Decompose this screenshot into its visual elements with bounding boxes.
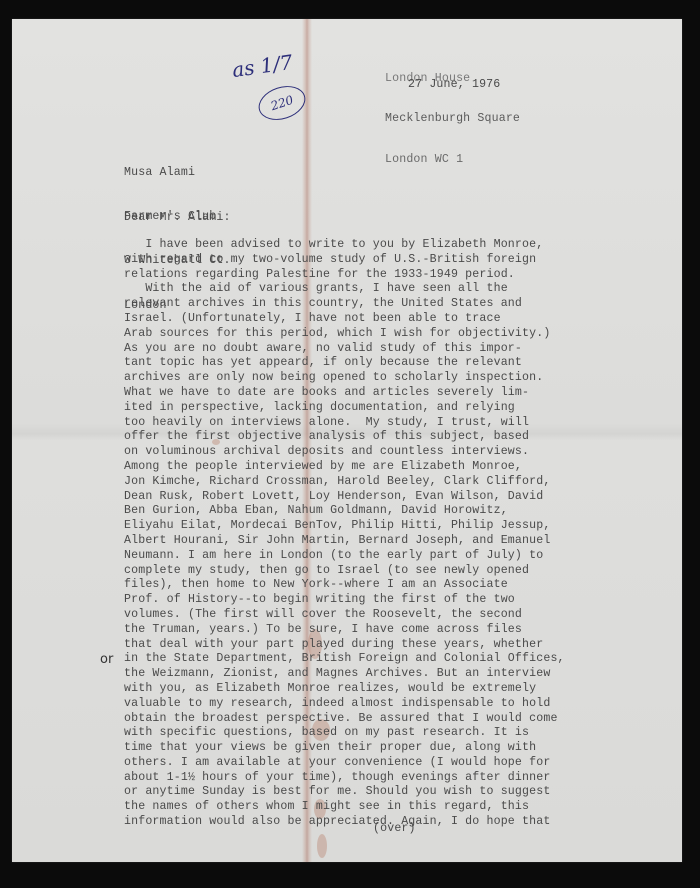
body-line: volumes. (The first will cover the Roose… [124, 608, 565, 623]
body-line: offer the first objective analysis of th… [124, 430, 565, 445]
handwritten-margin-note: or [100, 652, 113, 667]
body-line: Ben Gurion, Abba Eban, Nahum Goldmann, D… [124, 504, 565, 519]
body-line: tant topic has yet appeard, if only beca… [124, 356, 565, 371]
body-line: in the State Department, British Foreign… [124, 652, 565, 667]
salutation: Dear Mr. Alami: [124, 211, 231, 226]
body-line: the Weizmann, Zionist, and Magnes Archiv… [124, 667, 565, 682]
body-line: What we have to date are books and artic… [124, 386, 565, 401]
recipient-line: Musa Alami [124, 166, 231, 181]
page-footer-over: (over) [373, 822, 416, 837]
letter-date: 27 June, 1976 [408, 78, 500, 93]
body-line: time that your views be given their prop… [124, 741, 565, 756]
body-line: about 1-1½ hours of your time), though e… [124, 771, 565, 786]
body-line: that deal with your part played during t… [124, 638, 565, 653]
body-line: Neumann. I am here in London (to the ear… [124, 549, 565, 564]
letterhead-address: London House Mecklenburgh Square London … [385, 43, 520, 180]
body-line: with you, as Elizabeth Monroe realizes, … [124, 682, 565, 697]
body-line: the names of others whom I might see in … [124, 800, 565, 815]
body-line: with specific questions, based on my pas… [124, 726, 565, 741]
body-line: too heavily on interviews alone. My stud… [124, 416, 565, 431]
body-line: Arab sources for this period, which I wi… [124, 327, 565, 342]
body-line: complete my study, then go to Israel (to… [124, 564, 565, 579]
stain-mark [317, 834, 327, 858]
body-line: Dean Rusk, Robert Lovett, Loy Henderson,… [124, 490, 565, 505]
body-line: others. I am available at your convenien… [124, 756, 565, 771]
address-line: Mecklenburgh Square [385, 113, 520, 124]
body-line: with regard to my two-volume study of U.… [124, 253, 565, 268]
body-line: Eliyahu Eilat, Mordecai BenTov, Philip H… [124, 519, 565, 534]
address-line: London WC 1 [385, 154, 520, 165]
body-line: or anytime Sunday is best for me. Should… [124, 785, 565, 800]
body-line: Albert Hourani, Sir John Martin, Bernard… [124, 534, 565, 549]
letter-body: I have been advised to write to you by E… [124, 238, 565, 830]
body-line: relations regarding Palestine for the 19… [124, 268, 565, 283]
body-line: on voluminous archival deposits and coun… [124, 445, 565, 460]
body-line: ited in perspective, lacking documentati… [124, 401, 565, 416]
body-line: information would also be appreciated. A… [124, 815, 565, 830]
body-line: relevant archives in this country, the U… [124, 297, 565, 312]
body-line: Among the people interviewed by me are E… [124, 460, 565, 475]
body-line: archives are only now being opened to sc… [124, 371, 565, 386]
body-line: Prof. of History--to begin writing the f… [124, 593, 565, 608]
body-line: As you are no doubt aware, no valid stud… [124, 342, 565, 357]
body-line: the Truman, years.) To be sure, I have c… [124, 623, 565, 638]
body-line: With the aid of various grants, I have s… [124, 282, 565, 297]
body-line: files), then home to New York--where I a… [124, 578, 565, 593]
body-line: Israel. (Unfortunately, I have not been … [124, 312, 565, 327]
body-line: I have been advised to write to you by E… [124, 238, 565, 253]
body-line: obtain the broadest perspective. Be assu… [124, 712, 565, 727]
body-line: valuable to my research, indeed almost i… [124, 697, 565, 712]
body-line: Jon Kimche, Richard Crossman, Harold Bee… [124, 475, 565, 490]
